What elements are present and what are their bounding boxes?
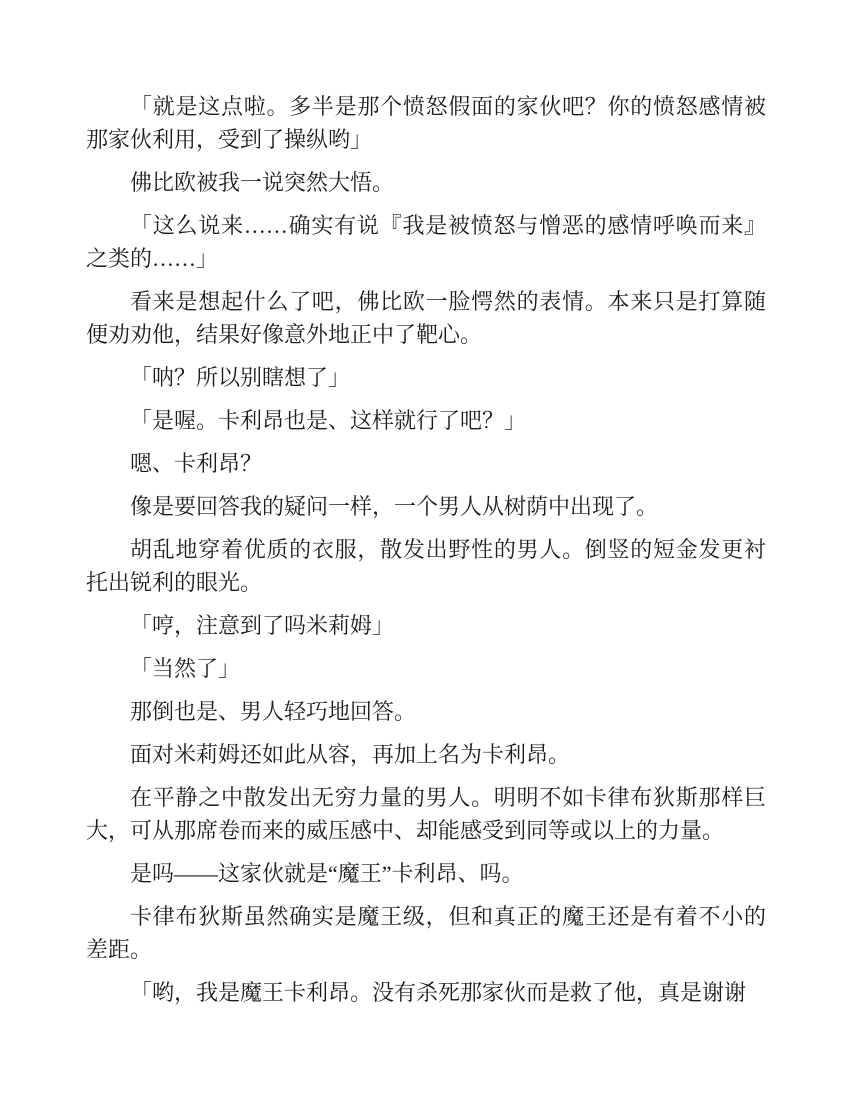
paragraph-3: 「这么说来……确实有说『我是被愤怒与憎恶的感情呼唤而来』之类的……」 [86, 209, 766, 275]
paragraph-17: 「哟，我是魔王卡利昂。没有杀死那家伙而是救了他，真是谢谢 [86, 976, 766, 1009]
paragraph-8: 像是要回答我的疑问一样，一个男人从树荫中出现了。 [86, 490, 766, 523]
paragraph-2: 佛比欧被我一说突然大悟。 [86, 166, 766, 199]
paragraph-9: 胡乱地穿着优质的衣服，散发出野性的男人。倒竖的短金发更衬托出锐利的眼光。 [86, 533, 766, 599]
paragraph-10: 「哼，注意到了吗米莉姆」 [86, 609, 766, 642]
paragraph-5: 「呐？所以别瞎想了」 [86, 361, 766, 394]
paragraph-6: 「是喔。卡利昂也是、这样就行了吧？」 [86, 404, 766, 437]
page-text: 「就是这点啦。多半是那个愤怒假面的家伙吧？你的愤怒感情被那家伙利用，受到了操纵哟… [86, 90, 766, 1009]
paragraph-14: 在平静之中散发出无穷力量的男人。明明不如卡律布狄斯那样巨大，可从那席卷而来的威压… [86, 781, 766, 847]
paragraph-1: 「就是这点啦。多半是那个愤怒假面的家伙吧？你的愤怒感情被那家伙利用，受到了操纵哟… [86, 90, 766, 156]
paragraph-13: 面对米莉姆还如此从容，再加上名为卡利昂。 [86, 738, 766, 771]
novel-page: 「就是这点啦。多半是那个愤怒假面的家伙吧？你的愤怒感情被那家伙利用，受到了操纵哟… [0, 0, 850, 1100]
paragraph-12: 那倒也是、男人轻巧地回答。 [86, 695, 766, 728]
paragraph-16: 卡律布狄斯虽然确实是魔王级，但和真正的魔王还是有着不小的差距。 [86, 900, 766, 966]
paragraph-11: 「当然了」 [86, 652, 766, 685]
paragraph-15: 是吗——这家伙就是“魔王”卡利昂、吗。 [86, 857, 766, 890]
paragraph-4: 看来是想起什么了吧，佛比欧一脸愕然的表情。本来只是打算随便劝劝他，结果好像意外地… [86, 285, 766, 351]
paragraph-7: 嗯、卡利昂？ [86, 447, 766, 480]
